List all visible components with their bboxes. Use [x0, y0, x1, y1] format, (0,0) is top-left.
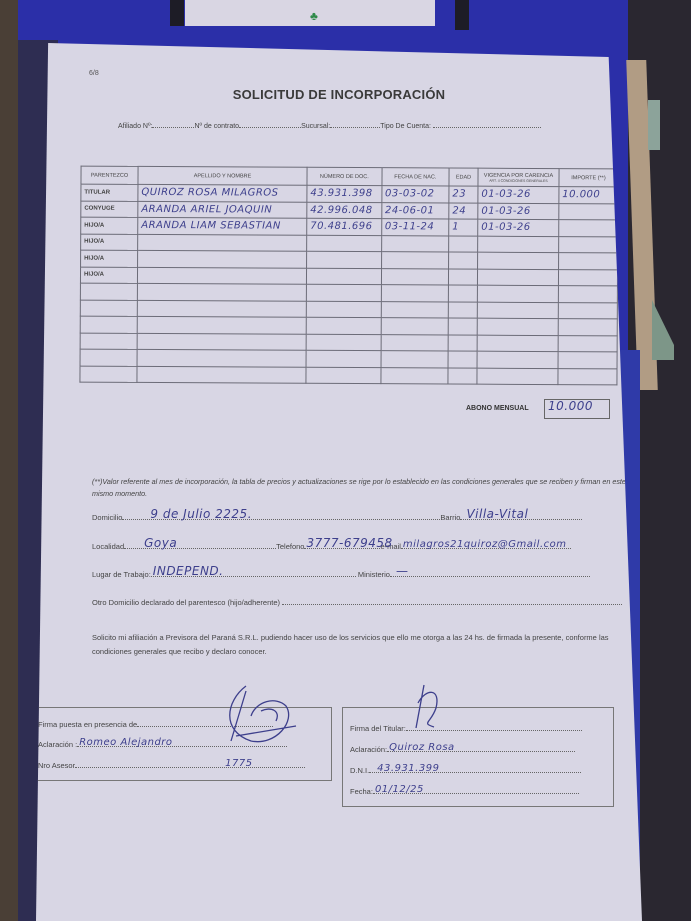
form-title: SOLICITUD DE INCORPORACIÓN: [36, 87, 642, 102]
cell-nombre[interactable]: [137, 333, 306, 350]
cell-edad[interactable]: [449, 236, 478, 253]
cell-importe[interactable]: [558, 236, 617, 253]
cell-parentezco: HIJO/A: [81, 250, 138, 267]
cell-doc[interactable]: [306, 301, 381, 318]
cell-importe[interactable]: [558, 253, 617, 270]
cell-nac[interactable]: [381, 285, 448, 302]
cell-nombre[interactable]: [137, 267, 306, 284]
trabajo-label: Lugar de Trabajo:: [92, 570, 151, 579]
cell-edad[interactable]: [448, 285, 477, 302]
cell-doc[interactable]: [306, 350, 381, 367]
cell-vigencia[interactable]: [477, 285, 558, 302]
sucursal-label: Sucursal:: [301, 123, 330, 130]
cell-parentezco: CONYUGE: [81, 201, 138, 218]
col-doc: NÚMERO DE DOC.: [307, 167, 382, 185]
afiliado-field[interactable]: [152, 121, 194, 128]
page-number: 6/8: [89, 70, 99, 77]
cell-vigencia[interactable]: [477, 269, 558, 286]
cell-nombre[interactable]: [137, 283, 306, 300]
cell-nombre[interactable]: [137, 316, 306, 333]
folder-tab: [648, 100, 660, 150]
cell-edad[interactable]: 23: [449, 186, 478, 203]
cell-doc[interactable]: [306, 268, 381, 285]
form-sheet: 6/8 SOLICITUD DE INCORPORACIÓN Afiliado …: [36, 43, 642, 921]
cell-nac[interactable]: [381, 252, 448, 269]
col-importe: IMPORTE (**): [559, 169, 618, 187]
members-table: PARENTEZCO APELLIDO Y NOMBRE NÚMERO DE D…: [79, 166, 618, 386]
advisor-asesor-label: Nro Asesor: [38, 761, 75, 770]
cell-importe[interactable]: [558, 352, 617, 369]
otro-domicilio-label: Otro Domicilio declarado del parentesco …: [92, 598, 280, 607]
cell-doc[interactable]: 42.996.048: [307, 202, 382, 219]
holder-firma-row: Firma del Titular:: [350, 721, 582, 733]
trabajo-row: Lugar de Trabajo:INDEPEND. Ministerio—: [92, 568, 590, 579]
barrio-field[interactable]: Villa-Vital: [460, 511, 582, 520]
cell-vigencia[interactable]: 01-03-26: [478, 219, 559, 236]
holder-aclaracion-label: Aclaración:: [350, 745, 387, 754]
cell-importe[interactable]: [558, 269, 617, 286]
header-fields: Afiliado Nº:Nº de contratoSucursal:Tipo …: [118, 121, 588, 130]
cell-doc[interactable]: [307, 251, 382, 268]
cell-parentezco: HIJO/A: [81, 217, 138, 234]
holder-aclaracion-field[interactable]: Quiroz Rosa: [387, 742, 575, 752]
cell-parentezco: [80, 300, 137, 317]
declaration-text: Solicito mi afiliación a Previsora del P…: [92, 631, 632, 659]
cell-importe[interactable]: [558, 302, 617, 319]
table-row: [80, 366, 617, 385]
contrato-field[interactable]: [239, 121, 301, 128]
cell-parentezco: [80, 316, 137, 333]
holder-fecha-label: Fecha:: [350, 787, 373, 796]
folder-tab-green: [652, 300, 674, 360]
advisor-signature-scribble: [216, 681, 316, 761]
holder-fecha-field[interactable]: 01/12/25: [373, 784, 579, 794]
cell-doc[interactable]: [306, 317, 381, 334]
cell-vigencia[interactable]: [478, 236, 559, 253]
cell-nombre[interactable]: [137, 349, 306, 366]
cell-parentezco: [80, 333, 137, 350]
col-parentezco: PARENTEZCO: [81, 166, 138, 184]
trabajo-field[interactable]: INDEPEND.: [151, 568, 356, 577]
cell-vigencia[interactable]: [477, 302, 558, 319]
localidad-row: LocalidadGoyaTelefono3777-679458e-mailmi…: [92, 540, 571, 551]
holder-fecha-row: Fecha:01/12/25: [350, 784, 579, 796]
contrato-label: Nº de contrato: [194, 123, 239, 130]
cell-edad[interactable]: [448, 368, 477, 385]
telefono-field[interactable]: 3777-679458: [304, 540, 380, 549]
cell-parentezco: [80, 366, 137, 383]
col-nac: FECHA DE NAC.: [382, 168, 449, 186]
holder-signature-scribble: [406, 683, 456, 733]
ministerio-label: Ministerio: [358, 570, 390, 579]
cell-nac[interactable]: [381, 268, 448, 285]
cell-edad[interactable]: [448, 302, 477, 319]
holder-aclaracion-row: Aclaración:Quiroz Rosa: [350, 742, 575, 754]
col-vigencia: VIGENCIA POR CARENCIAART. 4 CONDICIONES …: [478, 168, 559, 186]
cell-parentezco: [80, 349, 137, 366]
cell-edad[interactable]: 24: [449, 203, 478, 220]
domicilio-row: Domicilio9 de Julio 2225.BarrioVilla-Vit…: [92, 511, 582, 522]
holder-dni-label: D.N.I.: [350, 766, 369, 775]
cell-nac[interactable]: 24-06-01: [381, 202, 448, 219]
cell-doc[interactable]: 70.481.696: [307, 218, 382, 235]
abono-mensual-value: 10.000: [548, 399, 593, 413]
cell-nac[interactable]: [381, 318, 448, 335]
holder-dni-row: D.N.I.43.931.399: [350, 763, 581, 775]
otro-domicilio-field[interactable]: [282, 596, 622, 605]
cell-importe[interactable]: [558, 335, 617, 352]
sucursal-field[interactable]: [330, 121, 380, 128]
cell-nac[interactable]: [381, 367, 448, 384]
cell-vigencia[interactable]: [477, 335, 558, 352]
cell-nac[interactable]: 03-03-02: [382, 186, 449, 203]
cell-parentezco: [80, 283, 137, 300]
col-nombre: APELLIDO Y NOMBRE: [138, 166, 307, 185]
cell-nombre[interactable]: ARANDA LIAM SEBASTIAN: [138, 217, 307, 234]
cell-doc[interactable]: 43.931.398: [307, 185, 382, 202]
cell-importe[interactable]: 10.000: [559, 187, 618, 204]
telefono-label: Telefono: [276, 542, 304, 551]
clipboard-clip-right: [455, 0, 469, 30]
cell-nombre[interactable]: ARANDA ARIEL JOAQUIN: [138, 201, 307, 218]
cell-doc[interactable]: [306, 367, 381, 384]
cell-parentezco: HIJO/A: [80, 267, 137, 284]
clover-icon: ♣: [310, 10, 324, 22]
advisor-aclaracion-label: Aclaración :: [38, 740, 77, 749]
cell-nombre[interactable]: [137, 300, 306, 317]
cell-importe[interactable]: [559, 203, 618, 220]
tipo-cuenta-field[interactable]: [433, 121, 541, 128]
cell-edad[interactable]: [448, 335, 477, 352]
cell-nombre[interactable]: [138, 234, 307, 251]
col-edad: EDAD: [449, 168, 478, 186]
barrio-label: Barrio: [440, 513, 460, 522]
cell-importe[interactable]: [558, 368, 617, 385]
cell-vigencia[interactable]: 01-03-26: [478, 186, 559, 203]
clipboard-clip-left: [170, 0, 184, 26]
cell-doc[interactable]: [306, 334, 381, 351]
cell-edad[interactable]: [448, 351, 477, 368]
otro-domicilio-row: Otro Domicilio declarado del parentesco …: [92, 596, 622, 607]
cell-nombre[interactable]: QUIROZ ROSA MILAGROS: [138, 184, 307, 201]
cell-nac[interactable]: [381, 351, 448, 368]
cell-edad[interactable]: [448, 269, 477, 286]
domicilio-label: Domicilio: [92, 513, 122, 522]
cell-nac[interactable]: [381, 334, 448, 351]
cell-nombre[interactable]: [137, 366, 306, 383]
ministerio-field[interactable]: —: [390, 568, 590, 577]
cell-importe[interactable]: [558, 319, 617, 336]
holder-dni-field[interactable]: 43.931.399: [369, 763, 581, 773]
holder-firma-label: Firma del Titular:: [350, 724, 406, 733]
cell-edad[interactable]: [448, 318, 477, 335]
afiliado-label: Afiliado Nº:: [118, 123, 152, 130]
advisor-firma-label: Firma puesta en presencia de: [38, 720, 137, 729]
abono-mensual-label: ABONO MENSUAL: [466, 405, 529, 412]
cell-vigencia[interactable]: [477, 368, 558, 385]
cell-nac[interactable]: [381, 301, 448, 318]
price-note: (**)Valor referente al mes de incorporac…: [92, 476, 632, 500]
localidad-field[interactable]: Goya: [124, 540, 276, 549]
cell-importe[interactable]: [559, 220, 618, 237]
domicilio-field[interactable]: 9 de Julio 2225.: [122, 511, 440, 520]
cell-vigencia[interactable]: [477, 318, 558, 335]
cell-nombre[interactable]: [138, 250, 307, 267]
cell-vigencia[interactable]: [478, 252, 559, 269]
cell-nac[interactable]: 03-11-24: [381, 219, 448, 236]
cell-edad[interactable]: [449, 252, 478, 269]
localidad-label: Localidad: [92, 542, 124, 551]
cell-doc[interactable]: [307, 235, 382, 252]
cell-doc[interactable]: [306, 284, 381, 301]
cell-importe[interactable]: [558, 286, 617, 303]
email-field[interactable]: milagros21quiroz@Gmail.com: [401, 540, 571, 549]
cell-vigencia[interactable]: 01-03-26: [478, 203, 559, 220]
cell-edad[interactable]: 1: [449, 219, 478, 236]
cell-parentezco: HIJO/A: [81, 234, 138, 251]
cell-parentezco: TITULAR: [81, 184, 138, 201]
cell-vigencia[interactable]: [477, 351, 558, 368]
tipo-cuenta-label: Tipo De Cuenta:: [380, 123, 431, 130]
cell-nac[interactable]: [381, 235, 448, 252]
